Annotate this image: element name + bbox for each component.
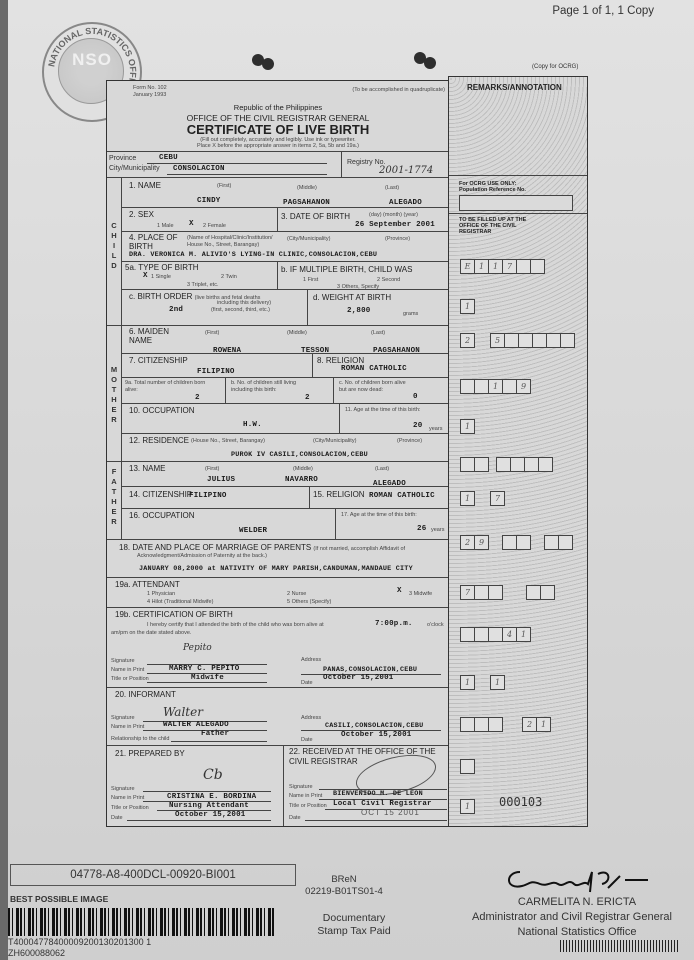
preparer-title: Nursing Attendant: [169, 802, 249, 810]
code-box-group: 2: [461, 333, 475, 348]
page-title: CERTIFICATE OF LIVE BIRTH: [107, 122, 449, 137]
certifier-address: PANAS,CONSOLACION,CEBU: [323, 666, 417, 674]
pob-city-label: (City/Municipality): [287, 236, 330, 242]
code-box-group: [461, 717, 503, 732]
code-box-group: 1: [461, 299, 475, 314]
code-box-group: 1: [461, 675, 475, 690]
form-number: Form No. 102: [133, 85, 167, 91]
maiden-name-label: 6. MAIDEN NAME: [129, 327, 179, 345]
attendant-others: 5 Others (Specify): [287, 599, 331, 605]
punch-hole: [262, 58, 274, 70]
sex-label: 2. SEX: [129, 210, 154, 219]
first-label: (First): [205, 330, 219, 336]
document-id: 04778-A8-400DCL-00920-BI001: [10, 864, 296, 886]
code-box-group: [503, 535, 531, 550]
pob-province-label: (Province): [385, 236, 410, 242]
residence-sub-3: (Province): [397, 438, 422, 444]
instructions-2: Place X before the appropriate answer in…: [107, 143, 449, 149]
father-citizenship-label: 14. CITIZENSHIP: [129, 490, 192, 499]
republic-label: Republic of the Philippines: [107, 103, 449, 112]
father-religion: ROMAN CATHOLIC: [369, 492, 435, 500]
mother-religion-label: 8. RELIGION: [317, 356, 364, 365]
stamp-text-1: Documentary: [304, 912, 404, 924]
certification-oclock: o'clock: [427, 622, 444, 628]
code-box-group: 1: [461, 491, 475, 506]
child-last-name: ALEGADO: [389, 199, 422, 207]
certifier-name: MARRY C. PEPITO: [169, 665, 240, 673]
father-age-unit: years: [431, 527, 444, 533]
title-label: Title or Position: [111, 676, 149, 682]
certification-label: 19b. CERTIFICATION OF BIRTH: [115, 610, 233, 619]
small-barcode: [560, 940, 678, 952]
sex-female-option: 2 Female: [203, 223, 226, 229]
code-box-group: [461, 759, 475, 774]
signature-label: Signature: [111, 715, 135, 721]
father-occupation-label: 16. OCCUPATION: [129, 511, 195, 520]
signature-label: Signature: [289, 784, 313, 790]
date-label: Date: [289, 815, 301, 821]
mother-religion: ROMAN CATHOLIC: [341, 365, 407, 373]
last-label: (Last): [385, 185, 399, 191]
birth-order-sub: including this delivery): [217, 300, 271, 306]
dob-label: 3. DATE OF BIRTH: [281, 212, 350, 221]
name-in-print-label: Name in Print: [111, 667, 144, 673]
prepared-by-label: 21. PREPARED BY: [115, 749, 185, 758]
bren-value: 02219-B01TS01-4: [304, 886, 384, 897]
code-box-group: 7: [491, 491, 505, 506]
date-label: Date: [301, 737, 313, 743]
code-box-group: [497, 457, 553, 472]
dob-value: 26 September 2001: [355, 221, 435, 229]
barcode: [8, 908, 276, 936]
code-box-group: 1: [461, 419, 475, 434]
section-label-child: CHILD: [109, 221, 119, 271]
mother-occupation: H.W.: [243, 421, 262, 429]
barcode-text: T40004778400009200130201300 1: [8, 937, 151, 947]
mother-occupation-label: 10. OCCUPATION: [129, 406, 195, 415]
total-born-label: 9a. Total number of children born alive:: [125, 380, 210, 394]
birth-type-label: 5a. TYPE OF BIRTH: [125, 263, 199, 272]
sex-mark: X: [189, 220, 194, 228]
code-box-group: 1: [461, 799, 475, 814]
attendant-physician: 1 Physician: [147, 591, 175, 597]
weight-label: d. WEIGHT AT BIRTH: [313, 293, 391, 302]
attendant-nurse: 2 Nurse: [287, 591, 306, 597]
mother-citizenship-label: 7. CITIZENSHIP: [129, 356, 188, 365]
received-date-stamp: OCT 15 2001: [361, 808, 420, 817]
preparer-signature: Cb: [203, 767, 223, 783]
multiple-first: 1 First: [303, 277, 318, 283]
marriage-note: Acknowledgment/Admission of Paternity at…: [137, 553, 267, 559]
code-box-group: 5: [491, 333, 575, 348]
date-label: Date: [301, 680, 313, 686]
multiple-second: 2 Second: [377, 277, 400, 283]
father-first-name: JULIUS: [207, 476, 235, 484]
address-label: Address: [301, 657, 321, 663]
sex-male-option: 1 Male: [157, 223, 174, 229]
page-count: Page 1 of 1, 1 Copy: [552, 5, 654, 17]
best-possible-image: BEST POSSIBLE IMAGE: [10, 894, 108, 904]
pob-sublabel-2: House No., Street, Barangay): [187, 242, 259, 248]
residence-label: 12. RESIDENCE: [129, 436, 189, 445]
certifier-title: Midwife: [191, 674, 224, 682]
marriage-value: JANUARY 08,2000 at NATIVITY OF MARY PARI…: [139, 565, 413, 573]
multiple-birth-label: b. IF MULTIPLE BIRTH, CHILD WAS: [281, 265, 412, 274]
mother-age: 20: [413, 422, 422, 430]
last-label: (Last): [375, 466, 389, 472]
section-label-father: FATHER: [109, 467, 119, 527]
pob-sublabel: (Name of Hospital/Clinic/Institution/: [187, 235, 273, 241]
attendant-mark: X: [397, 587, 402, 595]
name-in-print-label: Name in Print: [111, 724, 144, 730]
date-label: Date: [111, 815, 123, 821]
pob-label: 4. PLACE OF BIRTH: [129, 233, 179, 251]
name-in-print-label: Name in Print: [289, 793, 322, 799]
birth-certificate-form: Form No. 102 January 1993 (To be accompl…: [106, 80, 450, 827]
name-in-print-label: Name in Print: [111, 795, 144, 801]
middle-label: (Middle): [287, 330, 307, 336]
certification-text: I hereby certify that I attended the bir…: [147, 622, 324, 628]
residence-sub-2: (City/Municipality): [313, 438, 356, 444]
remarks-annotation-column: REMARKS/ANNOTATION For OCRG USE ONLY: Po…: [448, 76, 588, 827]
weight-unit: grams: [403, 311, 418, 317]
residence-value: PUROK IV CASILI,CONSOLACION,CEBU: [231, 451, 368, 459]
prepared-date: October 15,2001: [175, 811, 246, 819]
signatory-signature: [500, 862, 650, 894]
dead-label: c. No. of children born alive but are no…: [339, 380, 409, 394]
birth-type-mark: X: [143, 272, 148, 280]
signature-label: Signature: [111, 658, 135, 664]
stamp-text-2: Stamp Tax Paid: [304, 925, 404, 937]
punch-hole: [424, 57, 436, 69]
code-box-group: 29: [461, 535, 489, 550]
birth-type-single: 1 Single: [151, 274, 171, 280]
certification-text-2: am/pm on the date stated above.: [111, 630, 191, 636]
father-age-label: 17. Age at the time of this birth:: [341, 512, 431, 519]
registry-value: 2001-1774: [379, 165, 433, 176]
father-citizenship: FILIPINO: [189, 492, 227, 500]
population-reference-field: [459, 195, 573, 211]
code-box-group: [545, 535, 573, 550]
attendant-hilot: 4 Hilot (Traditional Midwife): [147, 599, 213, 605]
birth-time: 7:00p.m.: [375, 620, 413, 628]
signatory-title: Administrator and Civil Registrar Genera…: [452, 911, 692, 923]
code-box-group: 21: [523, 717, 551, 732]
city-value: CONSOLACION: [173, 165, 225, 173]
father-religion-label: 15. RELIGION: [313, 490, 365, 499]
child-first-name: CINDY: [197, 197, 221, 205]
birth-type-triplet: 3 Triplet, etc.: [187, 282, 219, 288]
province-label: Province: [109, 155, 136, 162]
father-age: 26: [417, 525, 426, 533]
middle-label: (Middle): [293, 466, 313, 472]
code-box-group: 41: [461, 627, 531, 642]
birth-type-twin: 2 Twin: [221, 274, 237, 280]
residence-sub: (House No., Street, Barangay): [191, 438, 265, 444]
form-date: January 1993: [133, 92, 166, 98]
birth-order-sub-2: (first, second, third, etc.): [211, 307, 270, 313]
father-middle-name: NAVARRO: [285, 476, 318, 484]
last-label: (Last): [371, 330, 385, 336]
relationship-label: Relationship to the child: [111, 736, 169, 742]
code-box-group: 7: [461, 585, 503, 600]
child-middle-name: PAGSAHANON: [283, 199, 330, 207]
marriage-label: 18. DATE AND PLACE OF MARRIAGE OF PARENT…: [119, 543, 405, 552]
registrar-name: BIENVENIDO M. DE LEON: [333, 790, 423, 798]
dead-value: 0: [413, 393, 418, 401]
accomplish-note: (To be accomplished in quadruplicate): [352, 87, 445, 93]
copy-for-ocrg: (Copy for OCRG): [532, 64, 578, 70]
signatory-office: National Statistics Office: [462, 926, 692, 938]
address-label: Address: [301, 715, 321, 721]
dob-sublabel: (day) (month) (year): [369, 212, 418, 218]
ocrg-population-ref: Population Reference No.: [459, 187, 526, 193]
province-value: CEBU: [159, 154, 178, 162]
code-box-group: E117: [461, 259, 545, 274]
bren-label: BReN: [304, 874, 384, 885]
living-label: b. No. of children still living includin…: [231, 380, 311, 394]
attendant-label: 19a. ATTENDANT: [115, 580, 180, 589]
attendant-midwife: 3 Midwife: [409, 591, 432, 597]
section-label-mother: MOTHER: [109, 365, 119, 425]
code-box-group: [461, 457, 489, 472]
informant-name: WALTER ALEGADO: [163, 721, 229, 729]
fill-note: TO BE FILLED UP AT THE OFFICE OF THE CIV…: [459, 217, 539, 235]
seal-abbr: NSO: [44, 50, 140, 70]
pob-value: DRA. VERONICA M. ALIVIO'S LYING-IN CLINI…: [129, 251, 377, 259]
title-label: Title or Position: [289, 803, 327, 809]
informant-relationship: Father: [201, 730, 229, 738]
father-name-label: 13. NAME: [129, 464, 165, 473]
father-occupation: WELDER: [239, 527, 267, 535]
child-name-label: 1. NAME: [129, 181, 161, 190]
first-label: (First): [205, 466, 219, 472]
certifier-signature: Pepito: [183, 643, 212, 653]
informant-address: CASILI,CONSOLACION,CEBU: [325, 722, 423, 730]
middle-label: (Middle): [297, 185, 317, 191]
barcode-text-2: ZH600088062: [8, 948, 65, 958]
mother-citizenship: FILIPINO: [197, 368, 235, 376]
informant-date: October 15,2001: [341, 731, 412, 739]
weight-value: 2,800: [347, 307, 371, 315]
signature-label: Signature: [111, 786, 135, 792]
first-label: (First): [217, 183, 231, 189]
registrar-title: Local Civil Registrar: [333, 800, 432, 808]
title-label: Title or Position: [111, 805, 149, 811]
city-label: City/Municipality: [109, 165, 160, 172]
preparer-name: CRISTINA E. BORDINA: [167, 793, 256, 801]
informant-signature: Walter: [163, 705, 203, 719]
total-born-value: 2: [195, 394, 200, 402]
signatory-name: CARMELITA N. ERICTA: [462, 896, 692, 908]
certification-date: October 15,2001: [323, 674, 394, 682]
code-box-group: [527, 585, 555, 600]
living-value: 2: [305, 394, 310, 402]
remarks-title: REMARKS/ANNOTATION: [467, 83, 562, 92]
code-box-group: 19: [461, 379, 531, 394]
birth-order-value: 2nd: [169, 306, 183, 314]
serial-number: 000103: [499, 795, 542, 809]
mother-age-label: 11. Age at the time of this birth:: [345, 407, 435, 414]
mother-age-unit: years: [429, 426, 442, 432]
code-box-group: 1: [491, 675, 505, 690]
informant-label: 20. INFORMANT: [115, 690, 176, 699]
